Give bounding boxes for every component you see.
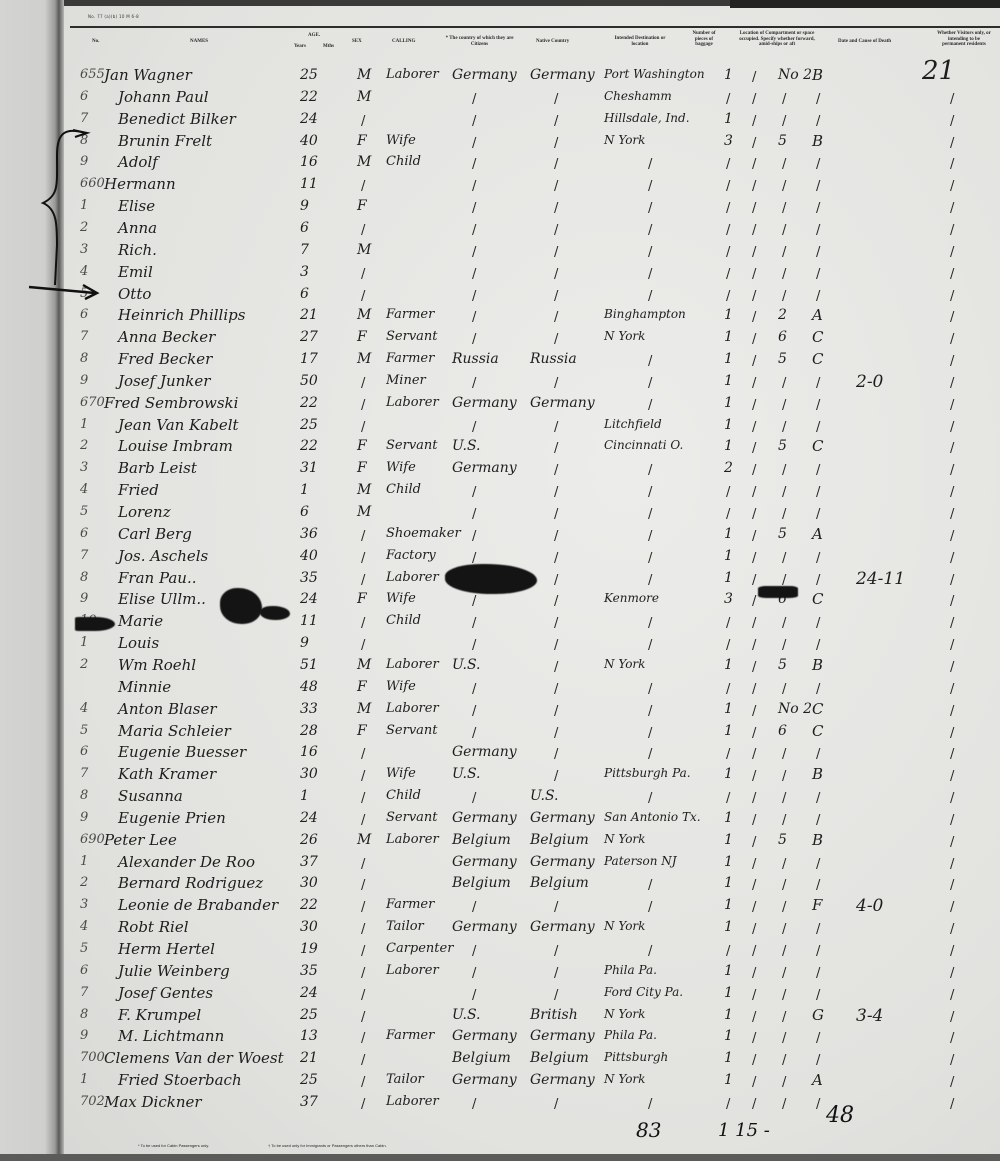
ditto-mark: /: [816, 878, 820, 893]
ditto-mark: /: [648, 485, 652, 500]
ditto-mark: /: [950, 114, 954, 129]
passenger-name: Fried Stoerbach: [118, 1073, 242, 1088]
ditto-mark: /: [554, 376, 558, 391]
ditto-mark: /: [752, 223, 756, 238]
passenger-age: 11: [300, 177, 318, 191]
passenger-sex: M: [357, 658, 371, 672]
ditto-mark: /: [472, 267, 476, 282]
ditto-mark: /: [782, 747, 786, 762]
passenger-calling: Wife: [386, 680, 416, 693]
ditto-mark: /: [752, 878, 756, 893]
ditto-mark: /: [752, 922, 756, 937]
passenger-name: Fred Sembrowski: [104, 396, 238, 411]
ditto-mark: /: [782, 398, 786, 413]
ditto-mark: /: [816, 813, 820, 828]
passenger-sex: M: [357, 243, 371, 257]
ditto-mark: /: [554, 201, 558, 216]
compartment: 6: [778, 724, 787, 738]
ditto-mark: /: [782, 769, 786, 784]
ditto-mark: /: [752, 179, 756, 194]
ditto-mark: /: [361, 551, 365, 566]
ditto-mark: /: [950, 1097, 954, 1112]
passenger-age: 22: [300, 90, 318, 104]
passenger-name: Barb Leist: [118, 461, 197, 476]
destination: Cheshamm: [604, 90, 672, 102]
family-bracket-icon: [25, 125, 105, 305]
ditto-mark: /: [782, 201, 786, 216]
ditto-mark: /: [554, 92, 558, 107]
ditto-mark: /: [726, 201, 730, 216]
ditto-mark: /: [782, 551, 786, 566]
ditto-mark: /: [950, 900, 954, 915]
passenger-name: Elise Ullm..: [118, 592, 206, 607]
ditto-mark: /: [554, 223, 558, 238]
deck-location: F: [812, 898, 822, 913]
native-country: Germany: [530, 1073, 595, 1087]
citizenship: Belgium: [452, 833, 511, 847]
passenger-age: 17: [300, 352, 318, 366]
ditto-mark: /: [752, 398, 756, 413]
row-number: 6: [80, 90, 88, 103]
ditto-mark: /: [816, 507, 820, 522]
passenger-name: F. Krumpel: [118, 1008, 201, 1023]
ditto-mark: /: [472, 92, 476, 107]
citizenship: Belgium: [452, 1051, 511, 1065]
ditto-mark: /: [950, 267, 954, 282]
header-age: AGE.: [308, 33, 320, 39]
death-note: 3-4: [856, 1008, 883, 1025]
ditto-mark: /: [950, 704, 954, 719]
passenger-name: Robt Riel: [118, 920, 189, 935]
ditto-mark: /: [554, 157, 558, 172]
passenger-name: Rich.: [118, 243, 157, 258]
passenger-sex: F: [357, 439, 367, 453]
ditto-mark: /: [782, 157, 786, 172]
passenger-calling: Laborer: [386, 68, 439, 81]
passenger-calling: Laborer: [386, 833, 439, 846]
ditto-mark: /: [782, 420, 786, 435]
passenger-name: Louise Imbram: [118, 439, 233, 454]
passenger-calling: Laborer: [386, 702, 439, 715]
paper-damage: [75, 617, 115, 631]
ditto-mark: /: [752, 245, 756, 260]
baggage-count: 1: [724, 549, 733, 563]
ditto-mark: /: [554, 638, 558, 653]
ditto-mark: /: [782, 1097, 786, 1112]
citizenship: Germany: [452, 855, 517, 869]
ditto-mark: /: [361, 1097, 365, 1112]
passenger-name: Eugenie Prien: [118, 811, 226, 826]
row-number: 1: [80, 855, 88, 868]
destination: Litchfield: [604, 418, 662, 430]
ditto-mark: /: [816, 398, 820, 413]
passenger-sex: F: [357, 724, 367, 738]
passenger-age: 26: [300, 833, 318, 847]
passenger-count: 48: [826, 1103, 854, 1128]
row-number: 670: [80, 396, 105, 409]
ditto-mark: /: [361, 420, 365, 435]
ditto-mark: /: [752, 966, 756, 981]
ditto-mark: /: [782, 114, 786, 129]
ditto-mark: /: [782, 1075, 786, 1090]
header-age-mths: Mths: [323, 44, 334, 50]
baggage-count: 1: [724, 986, 733, 1000]
ditto-mark: /: [950, 1075, 954, 1090]
scan-border-top-right: [730, 0, 1000, 8]
ditto-mark: /: [950, 682, 954, 697]
baggage-total: 83: [636, 1118, 661, 1142]
death-note: 24-11: [856, 571, 905, 588]
ditto-mark: /: [752, 616, 756, 631]
ditto-mark: /: [361, 988, 365, 1003]
ditto-mark: /: [648, 726, 652, 741]
native-country: U.S.: [530, 789, 559, 803]
row-number: 9: [80, 811, 88, 824]
ditto-mark: /: [752, 704, 756, 719]
row-number: 6: [80, 527, 88, 540]
passenger-age: 40: [300, 549, 318, 563]
passenger-name: Herm Hertel: [118, 942, 215, 957]
passenger-calling: Carpenter: [386, 942, 453, 955]
native-country: Belgium: [530, 876, 589, 890]
header-age-years: Years: [294, 44, 306, 50]
ditto-mark: /: [752, 813, 756, 828]
destination: Pittsburgh Pa.: [604, 767, 691, 779]
ditto-mark: /: [782, 944, 786, 959]
compartment: 6: [778, 330, 787, 344]
ditto-mark: /: [361, 179, 365, 194]
ditto-mark: /: [726, 682, 730, 697]
ditto-mark: /: [648, 791, 652, 806]
tally: 1 15 -: [718, 1120, 770, 1141]
passenger-sex: M: [357, 352, 371, 366]
passenger-sex: F: [357, 199, 367, 213]
ditto-mark: /: [752, 988, 756, 1003]
destination: N York: [604, 1008, 645, 1020]
passenger-calling: Farmer: [386, 898, 434, 911]
deck-location: C: [812, 439, 823, 454]
passenger-name: Maria Schleier: [118, 724, 231, 739]
compartment: 5: [778, 439, 787, 453]
ditto-mark: /: [726, 747, 730, 762]
row-number: 4: [80, 702, 88, 715]
ditto-mark: /: [752, 441, 756, 456]
row-number: 4: [80, 920, 88, 933]
ditto-mark: /: [752, 1010, 756, 1025]
ditto-mark: /: [648, 507, 652, 522]
ditto-mark: /: [950, 594, 954, 609]
row-number: 690: [80, 833, 105, 846]
deck-location: A: [812, 1073, 823, 1088]
footnote-cabin: * To be used for Cabin Passengers only.: [138, 1143, 209, 1148]
deck-location: B: [812, 658, 823, 673]
passenger-age: 51: [300, 658, 318, 672]
ditto-mark: /: [752, 114, 756, 129]
ditto-mark: /: [752, 354, 756, 369]
ditto-mark: /: [648, 201, 652, 216]
ditto-mark: /: [782, 988, 786, 1003]
ditto-mark: /: [472, 726, 476, 741]
ditto-mark: /: [472, 289, 476, 304]
destination: Pittsburgh: [604, 1051, 668, 1063]
scan-border-bottom: [0, 1154, 1000, 1161]
ditto-mark: /: [816, 157, 820, 172]
deck-location: C: [812, 724, 823, 739]
ditto-mark: /: [554, 310, 558, 325]
passenger-calling: Child: [386, 155, 421, 168]
ditto-mark: /: [950, 813, 954, 828]
ditto-mark: /: [648, 704, 652, 719]
compartment: 2: [778, 308, 787, 322]
passenger-age: 50: [300, 374, 318, 388]
row-number: 8: [80, 352, 88, 365]
passenger-name: Fran Pau..: [118, 571, 197, 586]
ditto-mark: /: [950, 463, 954, 478]
ditto-mark: /: [752, 1097, 756, 1112]
ditto-mark: /: [950, 223, 954, 238]
passenger-age: 22: [300, 439, 318, 453]
ditto-mark: /: [752, 551, 756, 566]
deck-location: A: [812, 527, 823, 542]
ditto-mark: /: [648, 529, 652, 544]
row-number: 7: [80, 330, 88, 343]
ditto-mark: /: [782, 966, 786, 981]
passenger-age: 24: [300, 112, 318, 126]
ditto-mark: /: [726, 638, 730, 653]
row-number: 9: [80, 374, 88, 387]
ditto-mark: /: [816, 179, 820, 194]
passenger-calling: Shoemaker: [386, 527, 461, 540]
ditto-mark: /: [472, 507, 476, 522]
passenger-calling: Servant: [386, 724, 438, 737]
baggage-count: 1: [724, 833, 733, 847]
passenger-age: 25: [300, 1008, 318, 1022]
ditto-mark: /: [361, 223, 365, 238]
ditto-mark: /: [950, 485, 954, 500]
passenger-age: 1: [300, 789, 309, 803]
ditto-mark: /: [950, 332, 954, 347]
ditto-mark: /: [472, 245, 476, 260]
ditto-mark: /: [950, 857, 954, 872]
ditto-mark: /: [361, 376, 365, 391]
baggage-count: 1: [724, 1008, 733, 1022]
native-country: British: [530, 1008, 578, 1022]
ditto-mark: /: [472, 136, 476, 151]
row-number: 1: [80, 1073, 88, 1086]
ditto-mark: /: [648, 398, 652, 413]
ditto-mark: /: [472, 332, 476, 347]
passenger-age: 9: [300, 636, 309, 650]
native-country: Germany: [530, 1029, 595, 1043]
ditto-mark: /: [950, 376, 954, 391]
passenger-name: Anna Becker: [118, 330, 215, 345]
row-number: 8: [80, 1008, 88, 1021]
passenger-age: 21: [300, 308, 318, 322]
ditto-mark: /: [726, 507, 730, 522]
passenger-age: 35: [300, 571, 318, 585]
ditto-mark: /: [816, 857, 820, 872]
ditto-mark: /: [554, 420, 558, 435]
destination: Ford City Pa.: [604, 986, 683, 998]
ditto-mark: /: [554, 485, 558, 500]
ditto-mark: /: [554, 900, 558, 915]
row-number: 9: [80, 592, 88, 605]
ditto-mark: /: [648, 157, 652, 172]
ditto-mark: /: [950, 310, 954, 325]
ditto-mark: /: [361, 747, 365, 762]
passenger-name: Susanna: [118, 789, 183, 804]
passenger-name: Wm Roehl: [118, 658, 196, 673]
ditto-mark: /: [554, 944, 558, 959]
ditto-mark: /: [816, 551, 820, 566]
compartment: 5: [778, 134, 787, 148]
deck-location: C: [812, 330, 823, 345]
passenger-sex: M: [357, 833, 371, 847]
ditto-mark: /: [554, 332, 558, 347]
ditto-mark: /: [472, 223, 476, 238]
ditto-mark: /: [472, 1097, 476, 1112]
row-number: 5: [80, 505, 88, 518]
ditto-mark: /: [752, 1053, 756, 1068]
baggage-count: 1: [724, 767, 733, 781]
row-number: 2: [80, 876, 88, 889]
ditto-mark: /: [816, 485, 820, 500]
ditto-mark: /: [472, 310, 476, 325]
ditto-mark: /: [816, 201, 820, 216]
passenger-calling: Farmer: [386, 308, 434, 321]
ditto-mark: /: [950, 157, 954, 172]
row-number: 5: [80, 942, 88, 955]
ditto-mark: /: [782, 267, 786, 282]
baggage-count: 1: [724, 352, 733, 366]
ditto-mark: /: [950, 791, 954, 806]
deck-location: C: [812, 352, 823, 367]
passenger-age: 24: [300, 592, 318, 606]
ditto-mark: /: [752, 463, 756, 478]
ditto-mark: /: [726, 245, 730, 260]
passenger-name: Otto: [118, 287, 151, 302]
ditto-mark: /: [554, 594, 558, 609]
ditto-mark: /: [726, 179, 730, 194]
ditto-mark: /: [472, 616, 476, 631]
passenger-age: 37: [300, 855, 318, 869]
passenger-name: Eugenie Buesser: [118, 745, 246, 760]
passenger-calling: Factory: [386, 549, 436, 562]
passenger-name: Johann Paul: [118, 90, 209, 105]
passenger-calling: Servant: [386, 811, 438, 824]
row-number: 7: [80, 549, 88, 562]
row-number: 702: [80, 1095, 105, 1108]
passenger-age: 7: [300, 243, 309, 257]
native-country: Germany: [530, 811, 595, 825]
header-no: No.: [92, 39, 99, 45]
ditto-mark: /: [950, 966, 954, 981]
header-compartment: Location of Compartment or space occupie…: [734, 31, 820, 48]
citizenship: Germany: [452, 920, 517, 934]
ditto-mark: /: [950, 551, 954, 566]
ditto-mark: /: [752, 769, 756, 784]
destination: Port Washington: [604, 68, 705, 80]
passenger-calling: Servant: [386, 439, 438, 452]
passenger-name: Jos. Aschels: [118, 549, 208, 564]
row-number: 5: [80, 724, 88, 737]
baggage-count: 1: [724, 855, 733, 869]
ditto-mark: /: [816, 1031, 820, 1046]
passenger-age: 33: [300, 702, 318, 716]
ditto-mark: /: [950, 420, 954, 435]
passenger-name: Anton Blaser: [118, 702, 217, 717]
ditto-mark: /: [752, 376, 756, 391]
ditto-mark: /: [726, 791, 730, 806]
destination: N York: [604, 330, 645, 342]
ditto-mark: /: [816, 463, 820, 478]
passenger-calling: Miner: [386, 374, 426, 387]
ditto-mark: /: [554, 551, 558, 566]
ditto-mark: /: [816, 922, 820, 937]
baggage-count: 3: [724, 134, 733, 148]
ditto-mark: /: [752, 1075, 756, 1090]
ditto-mark: /: [554, 988, 558, 1003]
passenger-name: Carl Berg: [118, 527, 192, 542]
ditto-mark: /: [782, 92, 786, 107]
ditto-mark: /: [752, 900, 756, 915]
footnote-immigrants: † To be used only for Immigrants or Pass…: [268, 1143, 387, 1148]
row-number: 8: [80, 789, 88, 802]
baggage-count: 1: [724, 920, 733, 934]
ditto-mark: /: [950, 1010, 954, 1025]
baggage-count: 2: [724, 461, 733, 475]
passenger-calling: Child: [386, 614, 421, 627]
deck-location: B: [812, 68, 823, 83]
ditto-mark: /: [782, 223, 786, 238]
ditto-mark: /: [752, 310, 756, 325]
ditto-mark: /: [752, 682, 756, 697]
ditto-mark: /: [726, 485, 730, 500]
ditto-mark: /: [752, 201, 756, 216]
citizenship: Germany: [452, 811, 517, 825]
passenger-name: Alexander De Roo: [118, 855, 255, 870]
ditto-mark: /: [726, 1097, 730, 1112]
native-country: Germany: [530, 920, 595, 934]
ditto-mark: /: [752, 594, 756, 609]
ditto-mark: /: [648, 551, 652, 566]
ditto-mark: /: [361, 616, 365, 631]
baggage-count: 1: [724, 68, 733, 82]
baggage-count: 1: [724, 112, 733, 126]
baggage-count: 1: [724, 702, 733, 716]
ditto-mark: /: [752, 835, 756, 850]
baggage-count: 1: [724, 1051, 733, 1065]
passenger-age: 24: [300, 986, 318, 1000]
ditto-mark: /: [648, 245, 652, 260]
ditto-mark: /: [816, 376, 820, 391]
citizenship: Germany: [452, 745, 517, 759]
compartment: 5: [778, 658, 787, 672]
ditto-mark: /: [752, 747, 756, 762]
passenger-calling: Child: [386, 789, 421, 802]
ditto-mark: /: [726, 944, 730, 959]
passenger-age: 25: [300, 68, 318, 82]
row-number: 6: [80, 745, 88, 758]
baggage-count: 1: [724, 1073, 733, 1087]
ditto-mark: /: [950, 245, 954, 260]
native-country: Germany: [530, 68, 595, 82]
passenger-age: 25: [300, 1073, 318, 1087]
passenger-name: Julie Weinberg: [118, 964, 230, 979]
passenger-calling: Wife: [386, 461, 416, 474]
ditto-mark: /: [472, 594, 476, 609]
ditto-mark: /: [361, 1031, 365, 1046]
